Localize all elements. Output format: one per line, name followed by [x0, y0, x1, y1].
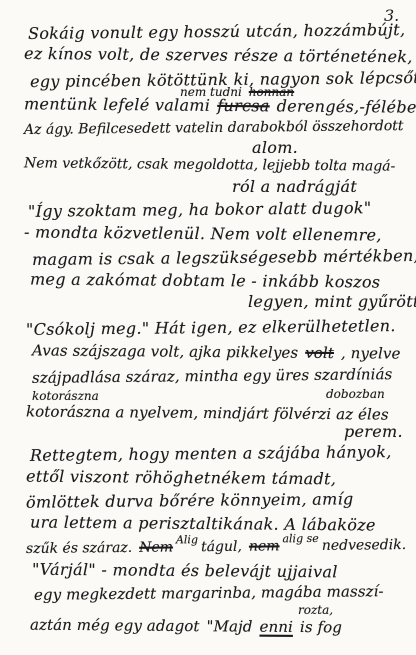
line-06-continuation: alom. [252, 140, 298, 156]
line-17-insertion-right: dobozban [326, 388, 385, 400]
line-04-text-after: derengés,-félében. [277, 96, 416, 116]
line-24-insertion-above-2: alig se [282, 532, 318, 545]
line-04-text: mentünk lefelé valami [24, 94, 210, 115]
manuscript-page: 3. Sokáig vonult egy hosszú utcán, hozzá… [0, 0, 416, 655]
line-17-insertion-left: kotorászna [32, 390, 99, 402]
line-10: - mondta közvetlenül. Nem volt ellenemre… [24, 224, 382, 243]
line-04-strikethrough-text: furcsa [217, 96, 270, 115]
line-27-insertion: rozta, [298, 604, 333, 616]
line-14-quote: "Csókolj meg." Hát igen, ez elkerülhetet… [26, 318, 396, 338]
line-18: kotorászna a nyelvem, mindjárt fölvérzi … [26, 404, 389, 422]
line-12: meg a zakómat dobtam le - inkább koszos [30, 271, 381, 290]
line-19-continuation: perem. [344, 424, 403, 440]
line-02-text: ez kínos volt, de szerves része a történ… [24, 44, 413, 66]
line-24-strikethrough-text: Nem [139, 539, 173, 555]
line-15-text: Avas szájszaga volt, ajka pikkelyes [32, 341, 298, 361]
line-24: szűk és száraz.NemAligtágul,nemalig sene… [26, 538, 406, 556]
line-28-text-after: is fog [300, 618, 342, 636]
line-24-text-mid: tágul, [201, 539, 242, 555]
line-04: mentünk lefelé valamifurcsaderengés,-fél… [24, 96, 416, 116]
line-28-quote-start: "Majd [207, 617, 253, 635]
line-15-strikethrough-text: volt [305, 344, 334, 362]
line-22: ömlöttek durva bőrére könnyeim, amíg [26, 491, 354, 510]
line-13-continuation: legyen, mint gyűrött [248, 294, 416, 310]
line-24-strikethrough-text-2: nem [249, 538, 280, 554]
line-28-underlined-text: enni [259, 618, 293, 636]
line-01: Sokáig vonult egy hosszú utcán, hozzámbú… [28, 22, 406, 42]
line-02: ez kínos volt, de szerves része a történ… [24, 46, 416, 66]
line-24-text: szűk és száraz. [26, 540, 132, 557]
line-26: egy megkezdett margarinba, magába masszí… [34, 584, 384, 603]
line-24-text-after: nedvesedik. [322, 537, 406, 554]
line-20: Rettegtem, hogy menten a szájába hányok, [30, 444, 392, 464]
line-15-text-after: , nyelve [341, 344, 401, 363]
line-25-quote: "Várjál" - mondta és belevájt ujjaival [32, 562, 338, 581]
line-24-insertion-above-1: Alig [176, 533, 198, 546]
line-21: ettől viszont röhöghetnékem támadt, [26, 469, 336, 488]
line-11: magam is csak a legszükségesebb mértékbe… [32, 248, 416, 268]
line-16: szájpadlása száraz, mintha egy üres szar… [32, 367, 393, 386]
line-08-continuation: ról a nadrágját [232, 179, 357, 195]
line-23: ura lettem a perisztaltikának. A lábaköz… [30, 514, 376, 533]
line-28-text: aztán még egy adagot [30, 616, 200, 635]
line-05: Az ágy. Befilcesedett vatelin darabokból… [24, 119, 404, 137]
line-07: Nem vetkőzött, csak megoldotta, lejjebb … [24, 156, 395, 173]
line-28: aztán még egy adagot"Majdenniis fog [30, 618, 342, 636]
line-09-quote: "Így szoktam meg, ha bokor alatt dugok" [28, 200, 372, 220]
line-15: Avas szájszaga volt, ajka pikkelyesvolt,… [32, 343, 401, 361]
